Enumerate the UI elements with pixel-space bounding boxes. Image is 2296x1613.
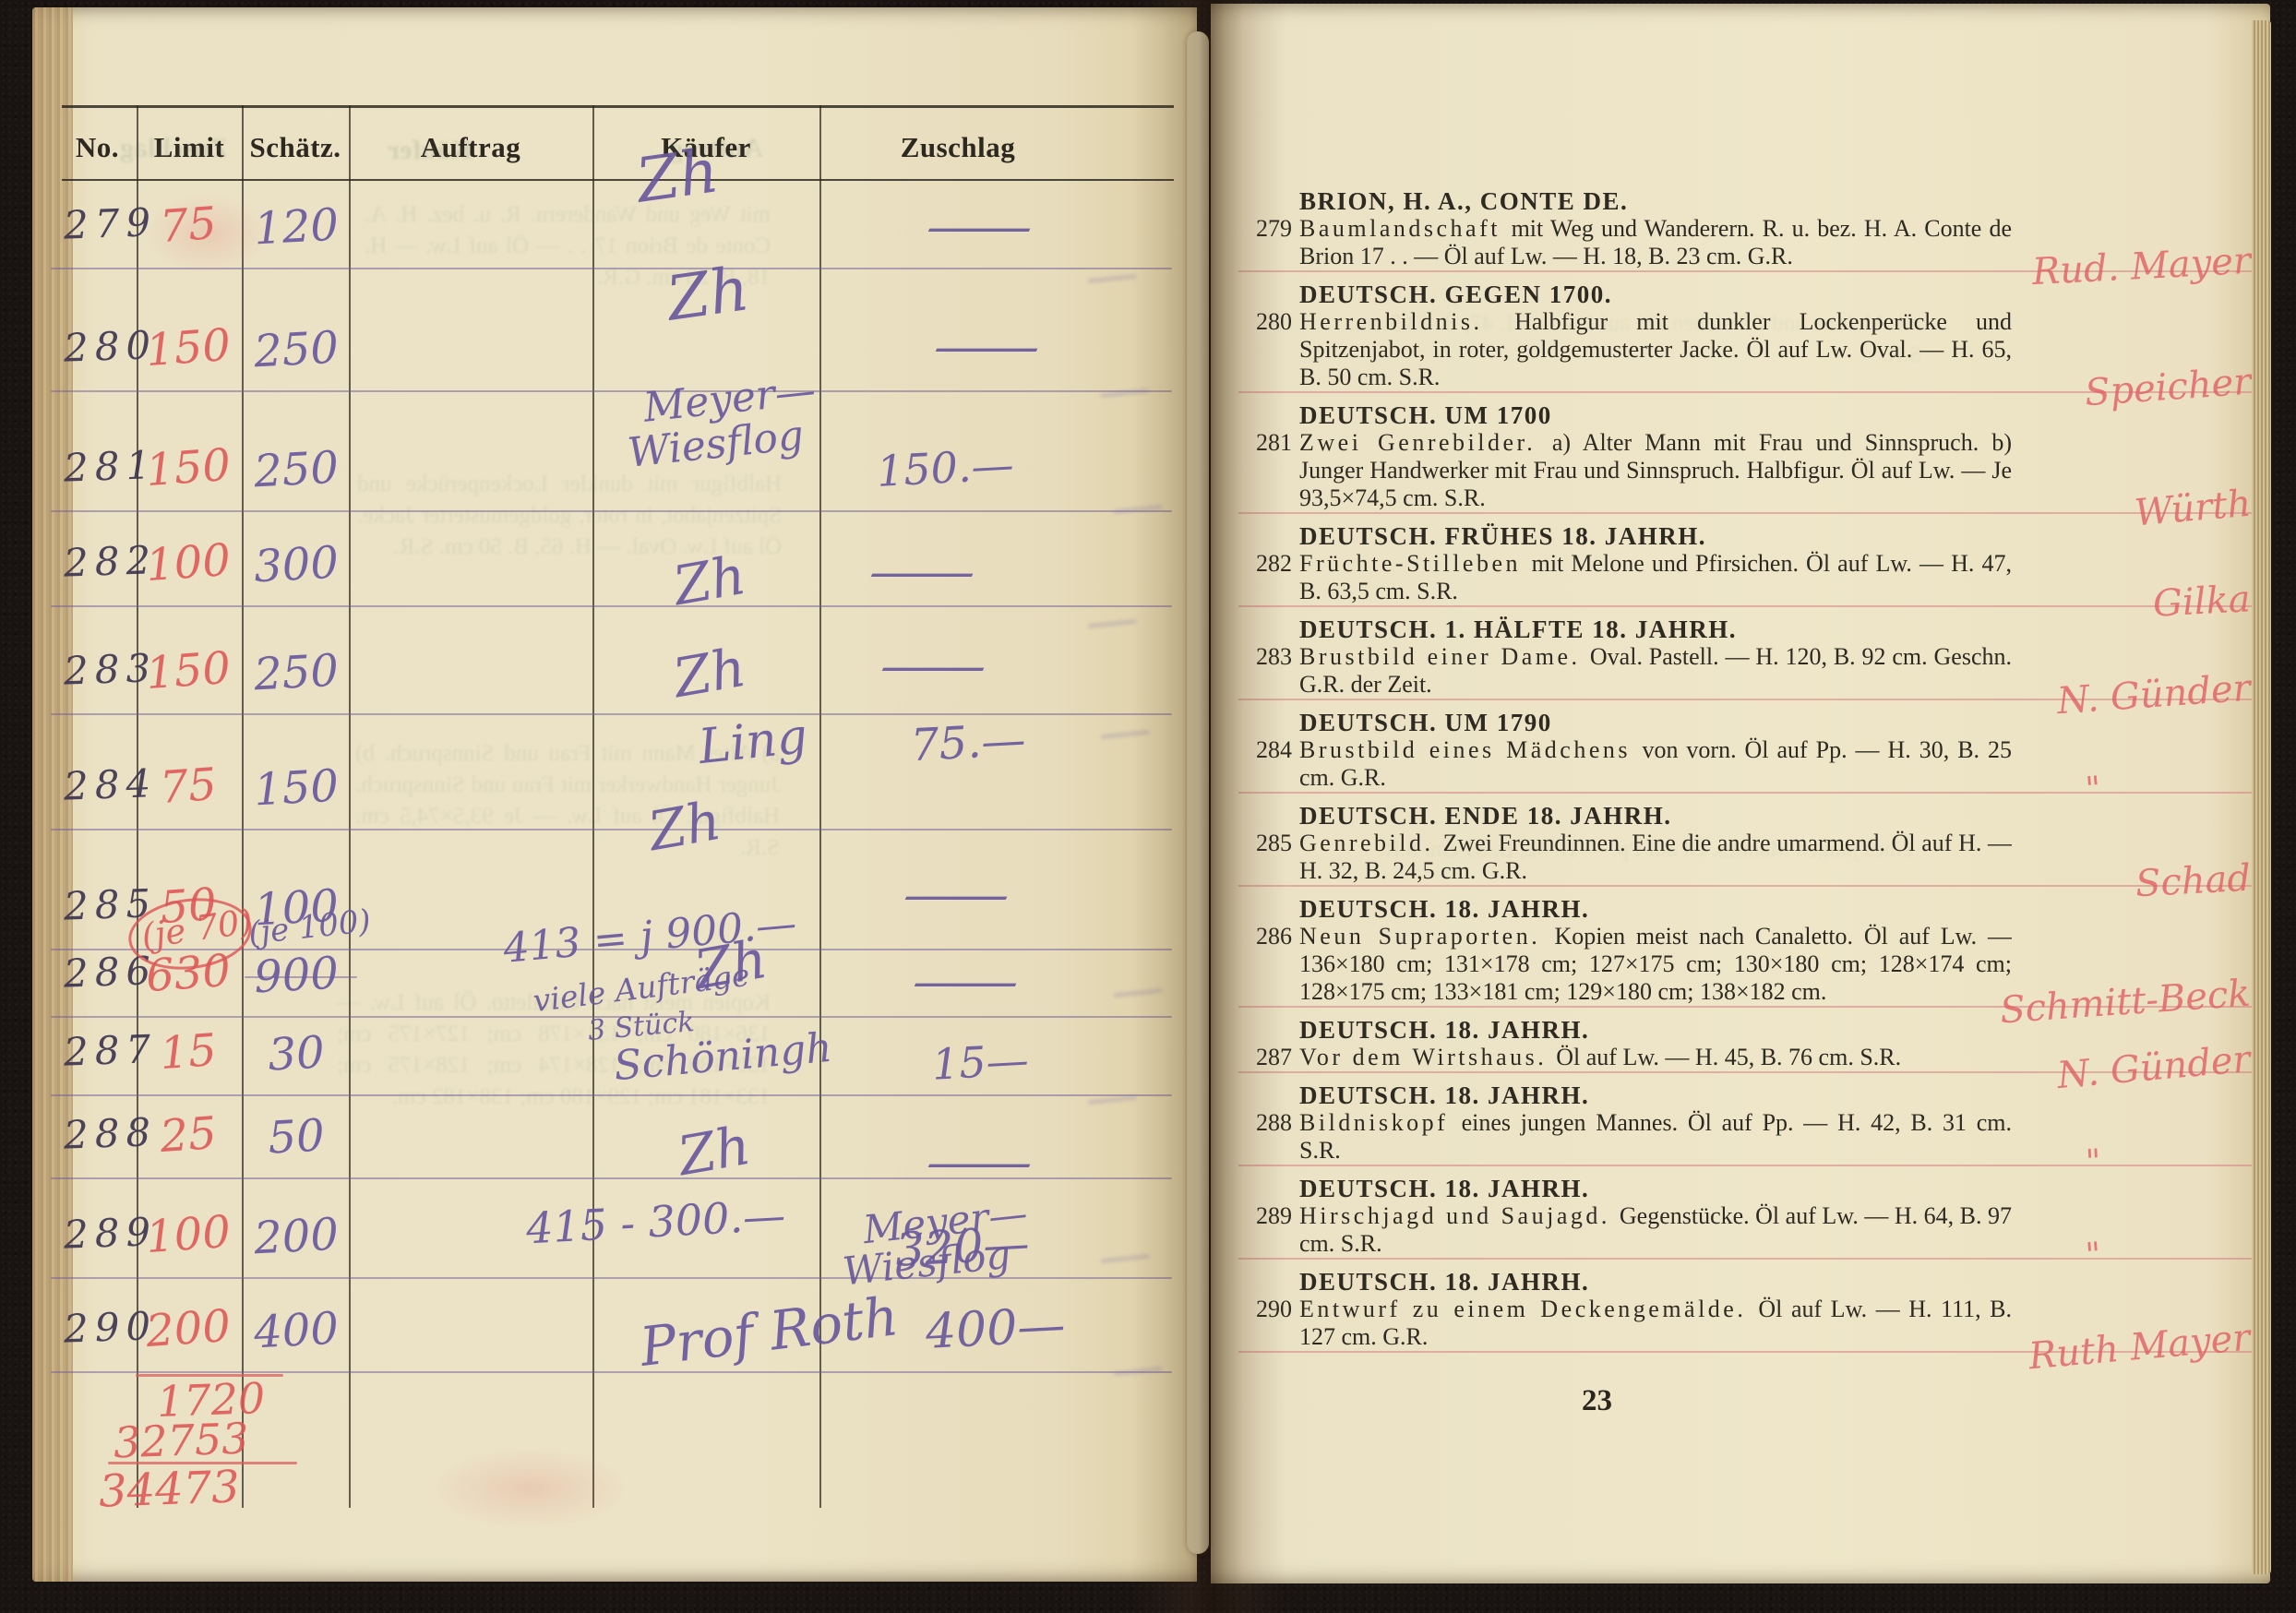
lot-number: 288: [1244, 1109, 1292, 1137]
entry-header: DEUTSCH. 1. HÄLFTE 18. JAHRH.: [1299, 615, 2258, 643]
lot-number: 286: [1244, 923, 1292, 950]
limit-value: 25: [132, 1109, 244, 1161]
entry-title-spaced: Herrenbildnis.: [1299, 308, 1514, 335]
limit-value: 100: [132, 1209, 244, 1261]
note-auftrag-2: viele Aufträge: [532, 960, 751, 1017]
kaeufer-value: Zh: [670, 548, 750, 614]
bleed-through-smudge: [429, 1447, 632, 1530]
ledger-row-line-12: [51, 1371, 1172, 1373]
zuschlag-value: 75.—: [910, 718, 1027, 768]
entry-header: DEUTSCH. ENDE 18. JAHRH.: [1299, 802, 2258, 830]
zuschlag-value: 400—: [925, 1301, 1067, 1356]
kaeufer-value: Zh: [670, 640, 750, 706]
bleed-through-mark: [1101, 730, 1149, 738]
ledger-row-line-9: [51, 1094, 1172, 1096]
catalog-entry-280: 280DEUTSCH. GEGEN 1700.Herrenbildnis. Ha…: [1238, 272, 2258, 393]
zuschlag-dash-glyph: —: [867, 548, 977, 596]
bleed-through-mark: [1114, 988, 1162, 997]
zuschlag-dash: —: [909, 642, 957, 690]
lot-number: 282: [1244, 550, 1292, 578]
entry-title-spaced: Baumlandschaft: [1299, 215, 1512, 242]
zuschlag-value: 320—: [894, 1220, 1031, 1273]
catalog-entry-283: 283DEUTSCH. 1. HÄLFTE 18. JAHRH.Brustbil…: [1238, 607, 2258, 700]
entry-header: DEUTSCH. 18. JAHRH.: [1299, 1081, 2258, 1109]
zuschlag-dash-glyph: —: [878, 642, 988, 690]
lot-number: 289: [1244, 1202, 1292, 1230]
ledger-column-header-zuschlag: Zuschlag: [819, 120, 1096, 175]
entry-title-spaced: Zwei Genrebilder.: [1299, 429, 1552, 456]
entry-text: Brustbild eines Mädchens von vorn. Öl au…: [1299, 736, 2012, 792]
bleed-through-mark: [1114, 505, 1162, 513]
kaeufer-value: Ling: [697, 712, 810, 771]
lot-number: 284: [1244, 736, 1292, 764]
entry-text: Vor dem Wirtshaus. Öl auf Lw. — H. 45, B…: [1299, 1044, 2012, 1071]
ledger-row-line-4: [51, 605, 1172, 607]
bleed-through-mark: [1101, 1254, 1149, 1262]
ledger-column-header-limit: Limit: [137, 120, 242, 175]
catalog-entries: 279BRION, H. A., CONTE DE.Baumlandschaft…: [1238, 179, 2258, 1353]
ledger-column-header-schtz: Schätz.: [242, 120, 349, 175]
zuschlag-dash-glyph: —: [924, 1139, 1034, 1187]
catalog-entry-287: 287DEUTSCH. 18. JAHRH.Vor dem Wirtshaus.…: [1238, 1008, 2258, 1073]
lot-number: 283: [1244, 643, 1292, 671]
limit-value: 150: [132, 442, 244, 494]
entry-header: DEUTSCH. 18. JAHRH.: [1299, 895, 2258, 923]
entry-title-spaced: Neun Supraporten.: [1299, 923, 1555, 950]
entry-title-spaced: Hirschjagd und Saujagd.: [1299, 1202, 1620, 1229]
zuschlag-dash-glyph: —: [924, 203, 1034, 251]
limit-value: 150: [132, 322, 244, 374]
entry-text: Brustbild einer Dame. Oval. Pastell. — H…: [1299, 643, 2012, 699]
schaetz-value: 250: [239, 325, 353, 375]
limit-value: 75: [132, 760, 244, 812]
schaetz-value: 50: [239, 1112, 353, 1162]
entry-header: DEUTSCH. 18. JAHRH.: [1299, 1268, 2258, 1296]
entry-title-spaced: Brustbild eines Mädchens: [1299, 736, 1642, 763]
zuschlag-dash-glyph: —: [910, 958, 1021, 1006]
zuschlag-dash: —: [941, 958, 989, 1006]
zuschlag-dash: —: [898, 548, 946, 596]
ledger-row-line-3: [51, 510, 1172, 512]
ledger-header-rule: [62, 179, 1174, 181]
page-stack-edge-right: [2252, 20, 2271, 1574]
margin-annotation: Ruth Mayer: [2027, 1320, 2252, 1376]
ledger-column-header-auftrag: Auftrag: [349, 120, 592, 175]
zuschlag-value: 15—: [931, 1038, 1030, 1085]
kaeufer-value: Zh: [675, 1118, 755, 1184]
zuschlag-dash: —: [963, 323, 1010, 371]
kaeufer-value: Zh: [633, 140, 723, 212]
zuschlag-dash: —: [955, 1139, 1003, 1187]
entry-header: DEUTSCH. 18. JAHRH.: [1299, 1175, 2258, 1202]
entry-title-spaced: Vor dem Wirtshaus.: [1299, 1044, 1556, 1070]
schaetz-value: 400: [239, 1306, 353, 1356]
lot-number: 290: [1244, 1296, 1292, 1323]
catalog-entry-289: 289DEUTSCH. 18. JAHRH.Hirschjagd und Sau…: [1238, 1166, 2258, 1260]
ledger-page: No.LimitSchätz.AuftragKäuferZuschlag2797…: [32, 7, 1197, 1582]
kaeufer-value: Zh: [664, 258, 753, 330]
ledger-row-line-2: [51, 390, 1172, 392]
entry-title-spaced: Entwurf zu einem Deckengemälde.: [1299, 1296, 1758, 1322]
catalog-entry-282: 282DEUTSCH. FRÜHES 18. JAHRH.Früchte-Sti…: [1238, 514, 2258, 607]
ledger-column-header-no: No.: [58, 120, 137, 175]
note-je100-underline: [245, 976, 357, 978]
page-number: 23: [1582, 1384, 1612, 1418]
lot-number: 279: [1244, 215, 1292, 243]
lot-number: 280: [1244, 308, 1292, 336]
zuschlag-dash-glyph: —: [931, 323, 1042, 371]
ledger-top-rule: [62, 105, 1174, 108]
catalog-entry-290: 290DEUTSCH. 18. JAHRH.Entwurf zu einem D…: [1238, 1260, 2258, 1353]
schaetz-value: 150: [239, 763, 353, 813]
entry-description: Öl auf Lw. — H. 45, B. 76 cm. S.R.: [1556, 1044, 1901, 1070]
sum-value-2: 32753: [113, 1416, 249, 1464]
ledger-column-divider-4: [592, 105, 594, 1508]
entry-text: Bildniskopf eines jungen Mannes. Öl auf …: [1299, 1109, 2012, 1165]
entry-header: BRION, H. A., CONTE DE.: [1299, 187, 2258, 215]
lot-number: 285: [1244, 830, 1292, 857]
catalog-entry-279: 279BRION, H. A., CONTE DE.Baumlandschaft…: [1238, 179, 2258, 272]
schaetz-value: 300: [239, 540, 353, 590]
entry-text: Genrebild. Zwei Freundinnen. Eine die an…: [1299, 830, 2012, 885]
schaetz-value: 900: [239, 950, 353, 1000]
entry-header: DEUTSCH. UM 1700: [1299, 401, 2258, 429]
zuschlag-dash: —: [932, 871, 980, 919]
entry-text: Entwurf zu einem Deckengemälde. Öl auf L…: [1299, 1296, 2012, 1351]
schaetz-value: 250: [239, 445, 353, 495]
entry-header: DEUTSCH. FRÜHES 18. JAHRH.: [1299, 522, 2258, 550]
entry-title-spaced: Genrebild.: [1299, 830, 1443, 856]
entry-title-spaced: Bildniskopf: [1299, 1109, 1462, 1136]
catalog-entry-284: 284DEUTSCH. UM 1790Brustbild eines Mädch…: [1238, 700, 2258, 794]
entry-title-spaced: Brustbild einer Dame.: [1299, 643, 1590, 670]
schaetz-value: 30: [239, 1029, 353, 1079]
schaetz-value: 250: [239, 648, 353, 698]
schaetz-value: 200: [239, 1212, 353, 1261]
ledger-row-line-6: [51, 829, 1172, 830]
zuschlag-dash-glyph: —: [901, 871, 1011, 919]
entry-header: DEUTSCH. GEGEN 1700.: [1299, 281, 2258, 308]
entry-text: Neun Supraporten. Kopien meist nach Cana…: [1299, 923, 2012, 1006]
entry-text: Früchte-Stilleben mit Melone und Pfirsic…: [1299, 550, 2012, 605]
entry-title-spaced: Früchte-Stilleben: [1299, 550, 1532, 577]
bleed-through-mark: [1114, 1367, 1162, 1375]
limit-value: 15: [132, 1026, 244, 1078]
lot-number: 287: [1244, 1044, 1292, 1071]
zuschlag-dash: —: [955, 203, 1003, 251]
bleed-through-mark: [1088, 274, 1136, 282]
zuschlag-value: 150.—: [876, 443, 1015, 493]
catalog-entry-285: 285DEUTSCH. ENDE 18. JAHRH.Genrebild. Zw…: [1238, 794, 2258, 887]
auftrag-value: 415 - 300.—: [525, 1194, 786, 1250]
book-photo: No.LimitSchätz.AuftragKäuferZuschlag2797…: [0, 0, 2296, 1613]
limit-value: 100: [132, 537, 244, 589]
catalog-entry-286: 286DEUTSCH. 18. JAHRH.Neun Supraporten. …: [1238, 887, 2258, 1008]
bleed-through-mark: [1088, 619, 1136, 627]
limit-value: 200: [132, 1303, 244, 1355]
limit-value: 150: [132, 645, 244, 697]
entry-header: DEUTSCH. UM 1790: [1299, 709, 2258, 736]
catalog-page: 279BRION, H. A., CONTE DE.Baumlandschaft…: [1211, 4, 2270, 1583]
entry-text: Baumlandschaft mit Weg und Wanderern. R.…: [1299, 215, 2012, 270]
catalog-entry-281: 281DEUTSCH. UM 1700Zwei Genrebilder. a) …: [1238, 393, 2258, 514]
entry-text: Hirschjagd und Saujagd. Gegenstücke. Öl …: [1299, 1202, 2012, 1258]
catalog-entry-288: 288DEUTSCH. 18. JAHRH.Bildniskopf eines …: [1238, 1073, 2258, 1166]
entry-text: Zwei Genrebilder. a) Alter Mann mit Frau…: [1299, 429, 2012, 512]
bleed-through-smudge: [143, 192, 272, 275]
entry-text: Herrenbildnis. Halbfigur mit dunkler Loc…: [1299, 308, 2012, 391]
lot-number: 281: [1244, 429, 1292, 457]
bleed-through-mark: [1088, 1095, 1136, 1104]
kaeufer-value: Prof Roth: [638, 1289, 902, 1374]
sum-total: 34473: [98, 1464, 240, 1513]
gutter-fold: [1187, 31, 1209, 1554]
kaeufer-value: Zh: [645, 794, 725, 859]
entry-header: DEUTSCH. 18. JAHRH.: [1299, 1016, 2258, 1044]
